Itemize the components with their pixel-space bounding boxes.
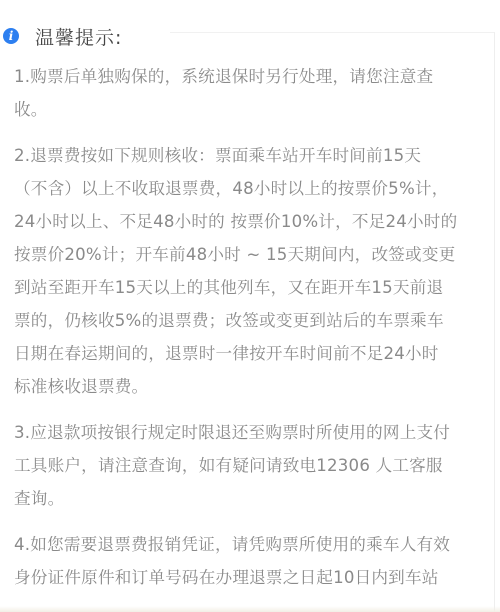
note-line: 票的，仍核收5%的退票费；改签或变更到站后的车票乘车	[14, 311, 444, 330]
tips-card: i 温馨提示: 1.购票后单独购保的，系统退保时另行处理，请您注意查 收。 2.…	[0, 0, 500, 612]
note-line: 到站至距开车15天以上的其他列车，又在距开车15天前退	[14, 278, 443, 297]
note-line: 4.如您需要退票费报销凭证，请凭购票所使用的乘车人有效	[14, 535, 450, 554]
note-line: 3.应退款项按银行规定时限退还至购票时所使用的网上支付	[14, 423, 450, 442]
note-line: 24小时以上、不足48小时的 按票价10%计，不足24小时的	[14, 212, 457, 231]
note-line: 按票价20%计；开车前48小时 ~ 15天期间内，改签或变更	[14, 245, 455, 264]
note-4: 4.如您需要退票费报销凭证，请凭购票所使用的乘车人有效 身份证件原件和订单号码在…	[14, 528, 474, 594]
note-1: 1.购票后单独购保的，系统退保时另行处理，请您注意查 收。	[14, 60, 474, 126]
note-3: 3.应退款项按银行规定时限退还至购票时所使用的网上支付 工具账户，请注意查询，如…	[14, 416, 474, 515]
tips-notes: 1.购票后单独购保的，系统退保时另行处理，请您注意查 收。 2.退票费按如下规则…	[14, 60, 474, 594]
note-2: 2.退票费按如下规则核收：票面乘车站开车时间前15天 （不含）以上不收取退票费，…	[14, 139, 474, 403]
note-line: （不含）以上不收取退票费，48小时以上的按票价5%计，	[14, 179, 449, 198]
note-line: 查询。	[14, 489, 64, 508]
note-line: 2.退票费按如下规则核收：票面乘车站开车时间前15天	[14, 146, 421, 165]
note-line: 日期在春运期间的，退票时一律按开车时间前不足24小时	[14, 344, 439, 363]
tips-header: i 温馨提示:	[3, 23, 122, 49]
tips-title: 温馨提示:	[35, 23, 122, 50]
note-line: 标准核收退票费。	[14, 377, 148, 396]
note-line: 1.购票后单独购保的，系统退保时另行处理，请您注意查	[14, 67, 433, 86]
note-line: 身份证件原件和订单号码在办理退票之日起10日内到车站	[14, 568, 439, 587]
note-line: 工具账户，请注意查询，如有疑问请致电12306 人工客服	[14, 456, 443, 475]
info-icon: i	[3, 28, 19, 44]
bottom-edge	[0, 606, 500, 612]
note-line: 收。	[14, 100, 48, 119]
